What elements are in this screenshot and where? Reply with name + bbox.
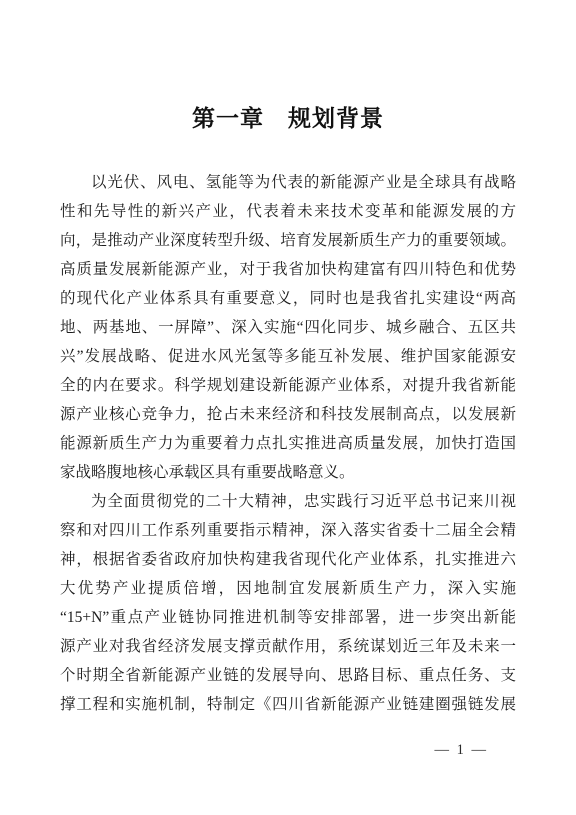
paragraph-line: 性和先导性的新兴产业，代表着未来技术变革和能源发展的方 bbox=[60, 197, 516, 226]
paragraph-line: “15+N”重点产业链协同推进机制等安排部署，进一步突出新能 bbox=[60, 603, 516, 632]
paragraph-line: 能源新质生产力为重要着力点扎实推进高质量发展，加快打造国 bbox=[60, 429, 516, 458]
document-body: 以光伏、风电、氢能等为代表的新能源产业是全球具有战略 性和先导性的新兴产业，代表… bbox=[60, 168, 516, 719]
document-page: 第一章 规划背景 以光伏、风电、氢能等为代表的新能源产业是全球具有战略 性和先导… bbox=[0, 0, 576, 815]
page-number: — 1 — bbox=[435, 742, 489, 759]
chapter-title: 第一章 规划背景 bbox=[0, 100, 576, 133]
paragraph-line: 以光伏、风电、氢能等为代表的新能源产业是全球具有战略 bbox=[60, 168, 516, 197]
paragraph-line: 察和对四川工作系列重要指示精神，深入落实省委十二届全会精 bbox=[60, 516, 516, 545]
paragraph-line: 高质量发展新能源产业，对于我省加快构建富有四川特色和优势 bbox=[60, 255, 516, 284]
paragraph-line: 个时期全省新能源产业链的发展导向、思路目标、重点任务、支 bbox=[60, 661, 516, 690]
paragraph-line: 全的内在要求。科学规划建设新能源产业体系，对提升我省新能 bbox=[60, 371, 516, 400]
paragraph-line: 的现代化产业体系具有重要意义，同时也是我省扎实建设“两高 bbox=[60, 284, 516, 313]
paragraph-line: 兴”发展战略、促进水风光氢等多能互补发展、维护国家能源安 bbox=[60, 342, 516, 371]
paragraph-line: 源产业核心竞争力，抢占未来经济和科技发展制高点，以发展新 bbox=[60, 400, 516, 429]
paragraph-line: 神，根据省委省政府加快构建我省现代化产业体系，扎实推进六 bbox=[60, 545, 516, 574]
paragraph-line: 源产业对我省经济发展支撑贡献作用，系统谋划近三年及未来一 bbox=[60, 632, 516, 661]
paragraph-line: 地、两基地、一屏障”、深入实施“四化同步、城乡融合、五区共 bbox=[60, 313, 516, 342]
paragraph-line: 大优势产业提质倍增，因地制宜发展新质生产力，深入实施 bbox=[60, 574, 516, 603]
paragraph-line: 为全面贯彻党的二十大精神，忠实践行习近平总书记来川视 bbox=[60, 487, 516, 516]
paragraph-line: 向，是推动产业深度转型升级、培育发展新质生产力的重要领域。 bbox=[60, 226, 516, 255]
paragraph-line: 撑工程和实施机制，特制定《四川省新能源产业链建圈强链发展 bbox=[60, 690, 516, 719]
paragraph-line: 家战略腹地核心承载区具有重要战略意义。 bbox=[60, 458, 516, 487]
